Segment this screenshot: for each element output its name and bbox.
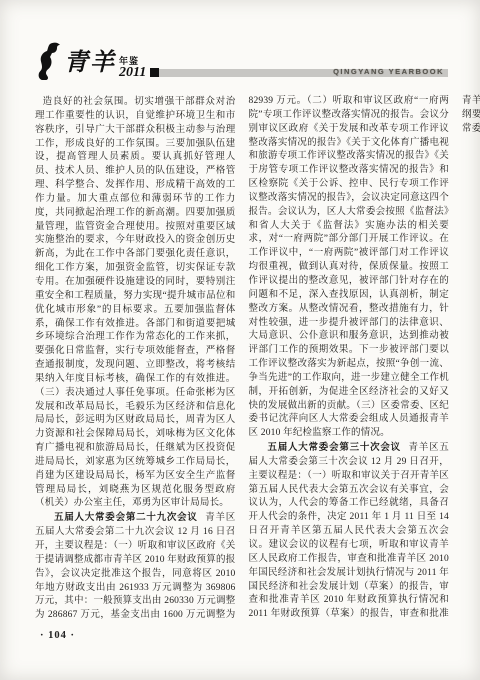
page-number: · 104 · [40,630,75,641]
goat-logo-icon [36,42,62,80]
page-header: 青羊 年鉴 2011 QINGYANG YEARBOOK [36,42,450,84]
paragraph: 造良好的社会氛围。切实增强干部群众对治理工作重要性的认识，自觉维护环境卫生和市容… [35,95,236,511]
brand-square-mark [150,68,159,77]
brand-year: 2011 [119,66,146,80]
paragraph-heading: 五届人大常委会第二十九次会议 [54,512,198,523]
yearbook-logo: 青羊 年鉴 2011 [36,42,159,80]
paragraph-text: 造良好的社会氛围。切实增强干部群众对治理工作重要性的认识，自觉维护环境卫生和市容… [35,97,236,508]
paragraph-heading: 五届人大常委会第三十次会议 [268,442,401,453]
brand-title: 青羊 [64,46,116,80]
yearbook-page: 青羊 年鉴 2011 QINGYANG YEARBOOK 造良好的社会氛围。切实… [0,0,480,680]
brand-stack: 年鉴 2011 [119,57,146,80]
header-english-title: QINGYANG YEARBOOK [333,67,444,76]
article-text-columns: 造良好的社会氛围。切实增强干部群众对治理工作重要性的认识，自觉维护环境卫生和市容… [35,95,449,627]
